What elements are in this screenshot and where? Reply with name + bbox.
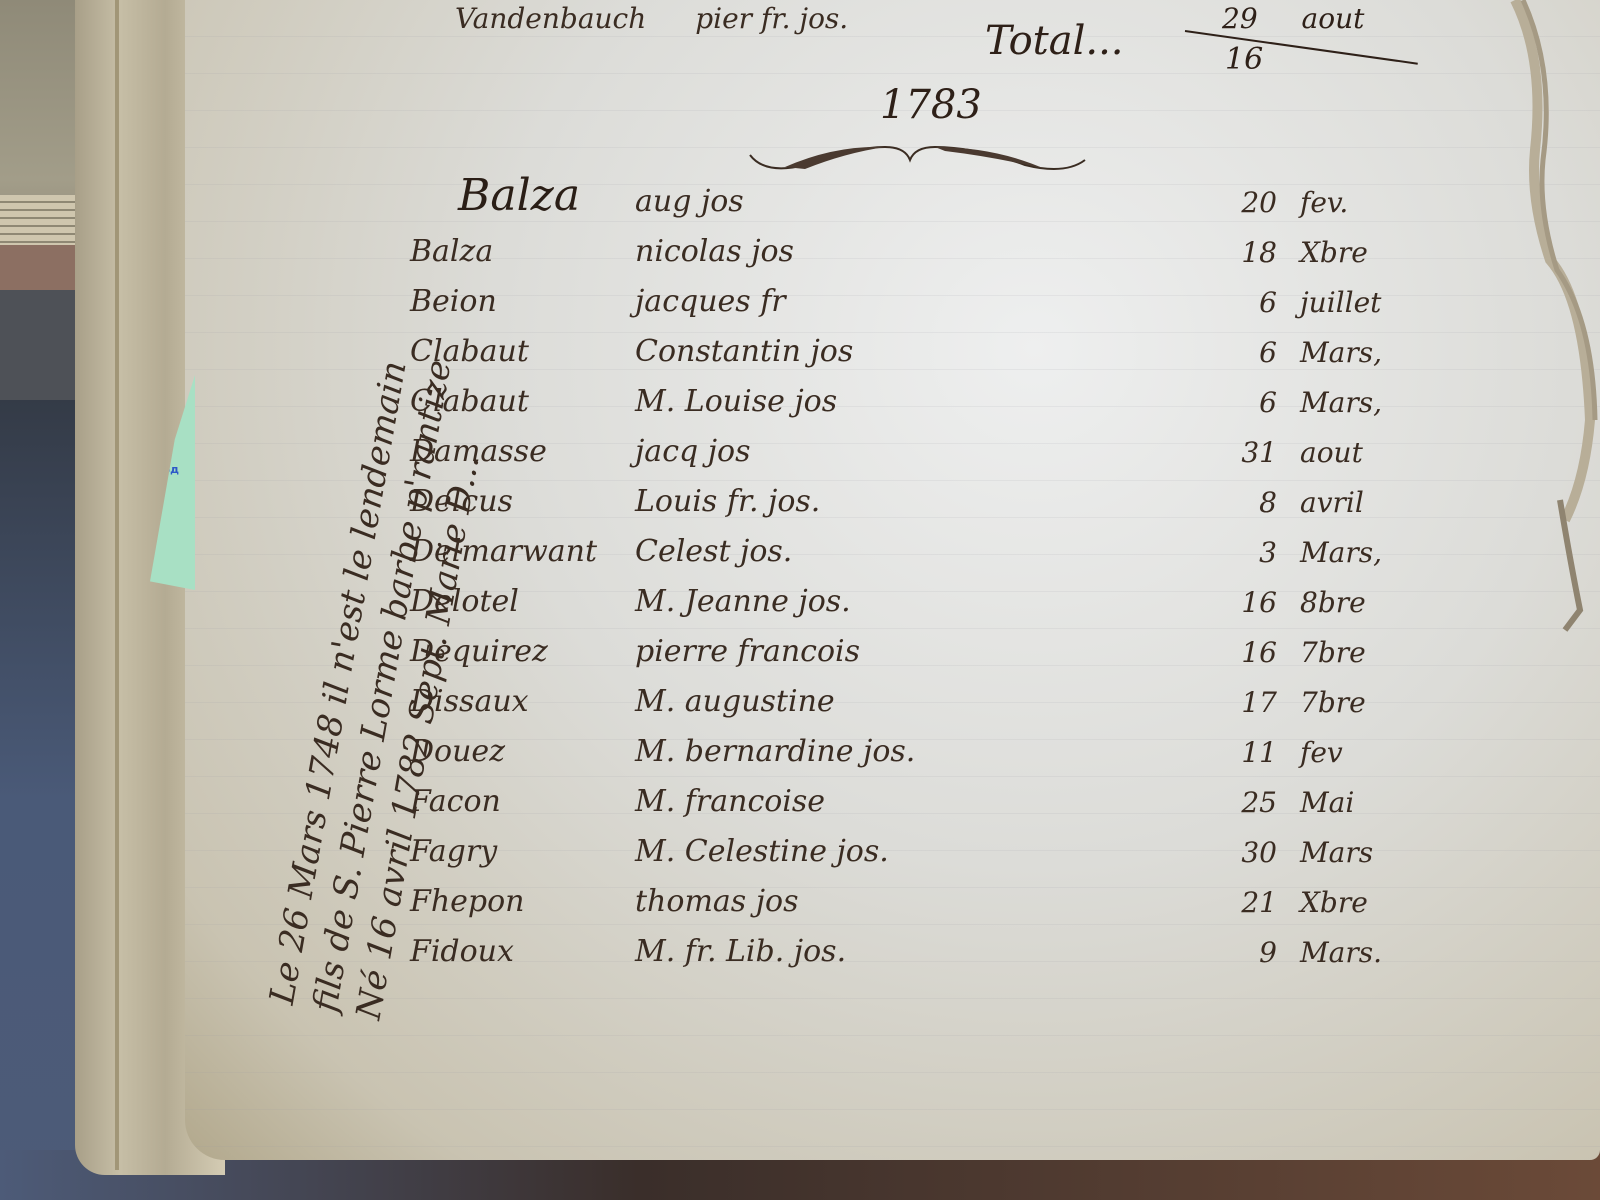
entry-given-names: Celest jos.	[635, 534, 792, 569]
entry-month: Mars,	[1300, 386, 1382, 419]
total-count: 16	[1225, 42, 1263, 77]
previous-entry: Vandenbauch pier fr. jos.	[455, 2, 848, 35]
register-row: Dissaux M. augustine 17 7bre	[410, 680, 1470, 730]
total-last-month: aout	[1302, 2, 1365, 35]
entry-given-names: jacq jos	[635, 434, 751, 469]
entry-given-names: nicolas jos	[635, 234, 794, 269]
entry-surname: Delmarwant	[410, 534, 597, 569]
entry-month: fev	[1300, 736, 1343, 769]
entry-surname: Dissaux	[410, 684, 529, 719]
entry-surname: Balza	[458, 170, 580, 221]
entry-surname: Clabaut	[410, 334, 529, 369]
entry-surname: Dequirez	[410, 634, 548, 669]
entry-month: 7bre	[1300, 636, 1366, 669]
entry-given-names: M. augustine	[635, 684, 835, 719]
entry-month: juillet	[1300, 286, 1381, 319]
register-row: Fagry M. Celestine jos. 30 Mars	[410, 830, 1470, 880]
entry-day: 6	[1232, 386, 1277, 419]
entry-day: 18	[1232, 236, 1277, 269]
register-row: Clabaut M. Louise jos 6 Mars,	[410, 380, 1470, 430]
register-row: Fhepon thomas jos 21 Xbre	[410, 880, 1470, 930]
entry-surname: Fagry	[410, 834, 497, 869]
register-row: Delotel M. Jeanne jos. 16 8bre	[410, 580, 1470, 630]
entry-given-names: jacques fr	[635, 284, 786, 319]
entry-day: 17	[1232, 686, 1277, 719]
entry-month: fev.	[1300, 186, 1348, 219]
entry-month: Mars	[1300, 836, 1373, 869]
year-heading: 1783	[880, 82, 982, 128]
register-row: Balza nicolas jos 18 Xbre	[410, 230, 1470, 280]
entry-given-names: M. Louise jos	[635, 384, 837, 419]
entry-surname: Delcus	[410, 484, 513, 519]
entry-surname: Balza	[410, 234, 493, 269]
entry-month: 7bre	[1300, 686, 1366, 719]
entry-surname: Douez	[410, 734, 505, 769]
total-last-date: 29 aout	[1222, 2, 1364, 35]
entry-day: 6	[1232, 286, 1277, 319]
entry-surname: Facon	[410, 784, 501, 819]
entry-given-names: M. bernardine jos.	[635, 734, 915, 769]
entry-month: Mars.	[1300, 936, 1382, 969]
entry-day: 16	[1232, 586, 1277, 619]
entry-surname: Fhepon	[410, 884, 524, 919]
total-last-day: 29	[1222, 2, 1258, 35]
entry-given-names: M. Jeanne jos.	[635, 584, 851, 619]
entry-surname: Beion	[410, 284, 497, 319]
entry-given-names: M. fr. Lib. jos.	[635, 934, 846, 969]
entry-month: Mai	[1300, 786, 1354, 819]
register-row: Fidoux M. fr. Lib. jos. 9 Mars.	[410, 930, 1470, 980]
total-label: Total...	[985, 18, 1124, 64]
background-dark-panel	[0, 290, 85, 400]
register-row: Balza aug jos 20 fev.	[410, 180, 1470, 230]
entry-day: 9	[1232, 936, 1277, 969]
register-entries: Balza aug jos 20 fev. Balza nicolas jos …	[410, 180, 1470, 980]
entry-month: 8bre	[1300, 586, 1366, 619]
entry-day: 25	[1232, 786, 1277, 819]
entry-given-names: Constantin jos	[635, 334, 853, 369]
entry-given-names: aug jos	[635, 184, 744, 219]
entry-month: aout	[1300, 436, 1363, 469]
entry-month: avril	[1300, 486, 1364, 519]
entry-surname: Clabaut	[410, 384, 529, 419]
entry-given-names: M. francoise	[635, 784, 825, 819]
entry-month: Xbre	[1300, 886, 1368, 919]
entry-surname: Fidoux	[410, 934, 514, 969]
entry-month: Mars,	[1300, 536, 1382, 569]
register-row: Beion jacques fr 6 juillet	[410, 280, 1470, 330]
entry-day: 8	[1232, 486, 1277, 519]
register-row: Damasse jacq jos 31 aout	[410, 430, 1470, 480]
register-row: Facon M. francoise 25 Mai	[410, 780, 1470, 830]
entry-day: 11	[1232, 736, 1277, 769]
register-row: Douez M. bernardine jos. 11 fev	[410, 730, 1470, 780]
entry-day: 21	[1232, 886, 1277, 919]
entry-month: Mars,	[1300, 336, 1382, 369]
entry-day: 6	[1232, 336, 1277, 369]
entry-day: 30	[1232, 836, 1277, 869]
entry-day: 20	[1232, 186, 1277, 219]
ornamental-flourish-icon	[745, 135, 1095, 185]
register-row: Clabaut Constantin jos 6 Mars,	[410, 330, 1470, 380]
register-row: Delcus Louis fr. jos. 8 avril	[410, 480, 1470, 530]
binding-thread-icon	[1505, 0, 1600, 720]
entry-month: Xbre	[1300, 236, 1368, 269]
entry-given-names: pierre francois	[635, 634, 860, 669]
entry-surname: Damasse	[410, 434, 547, 469]
entry-surname: Delotel	[410, 584, 519, 619]
register-row: Delmarwant Celest jos. 3 Mars,	[410, 530, 1470, 580]
entry-given-names: M. Celestine jos.	[635, 834, 889, 869]
entry-day: 16	[1232, 636, 1277, 669]
previous-entry-surname: Vandenbauch	[455, 2, 646, 35]
entry-day: 31	[1232, 436, 1277, 469]
previous-entry-given: pier fr. jos.	[695, 2, 848, 35]
entry-given-names: Louis fr. jos.	[635, 484, 820, 519]
entry-given-names: thomas jos	[635, 884, 798, 919]
entry-day: 3	[1232, 536, 1277, 569]
register-row: Dequirez pierre francois 16 7bre	[410, 630, 1470, 680]
